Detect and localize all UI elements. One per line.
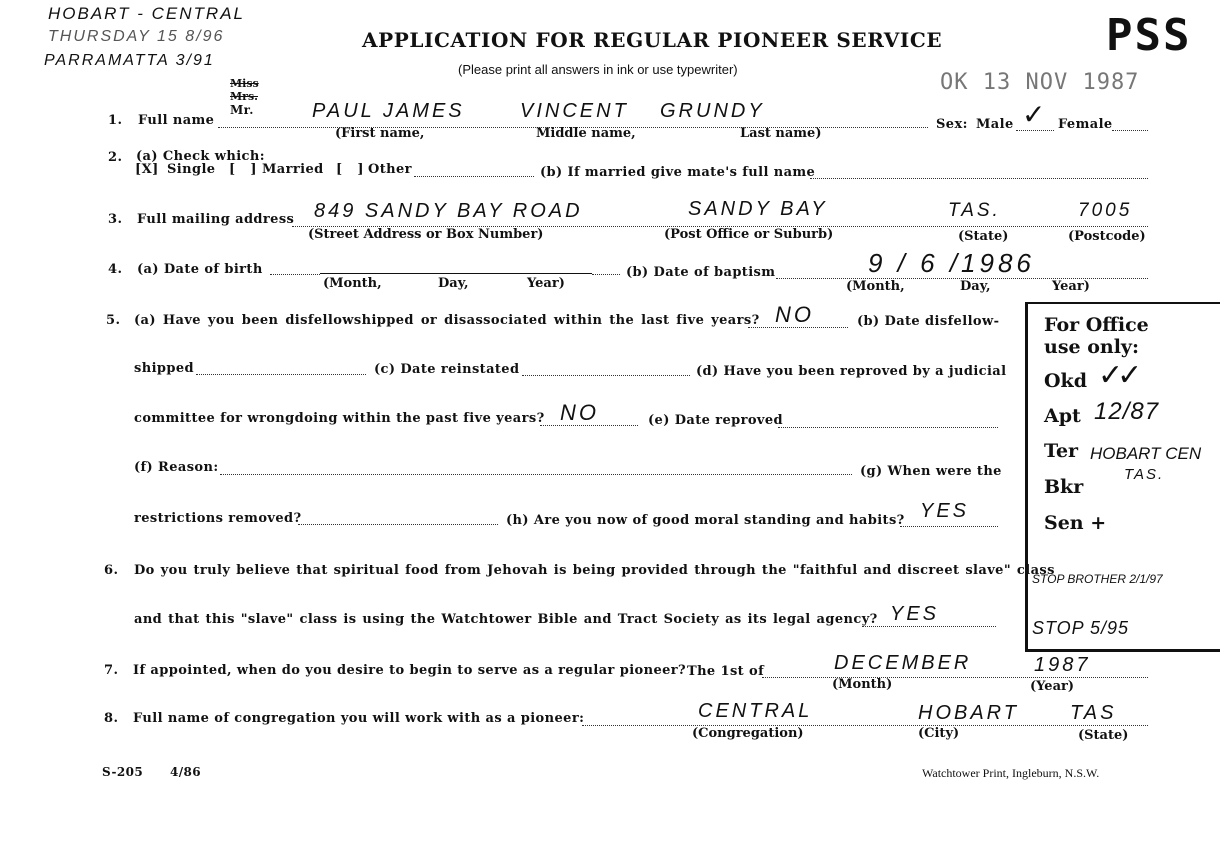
street-value[interactable]: 849 SANDY BAY ROAD	[314, 200, 583, 223]
q5-e-text: (e) Date reproved	[648, 413, 783, 428]
annotation-line-3: PARRAMATTA 3/91	[44, 52, 215, 70]
q7-first-of: The 1st of	[687, 664, 764, 679]
male-checkmark[interactable]: ✓	[1022, 98, 1048, 131]
single-label: Single	[167, 162, 215, 177]
form-date: 4/86	[170, 765, 201, 779]
hint-postcode: (Postcode)	[1068, 229, 1146, 244]
hint-first-name: (First name,	[335, 126, 424, 141]
annotation-line-2: THURSDAY 15 8/96	[48, 28, 224, 46]
hint-baptism-year: Year)	[1052, 279, 1090, 294]
q5-f-text: (f) Reason:	[134, 460, 219, 475]
apt-value: 12/87	[1094, 398, 1159, 426]
hint-street: (Street Address or Box Number)	[308, 227, 543, 242]
form-code: S-205	[102, 765, 143, 779]
pss-stamp: PSS	[1106, 10, 1191, 61]
hint-dob-year: Year)	[527, 276, 565, 291]
q5-d-value[interactable]: NO	[560, 400, 599, 426]
hint-start-month: (Month)	[832, 677, 892, 692]
start-year-value[interactable]: 1987	[1034, 654, 1091, 677]
annotation-line-1: HOBART - CENTRAL	[48, 4, 245, 24]
title-miss: Miss	[230, 78, 259, 89]
okd-checkmark: ✓✓	[1098, 358, 1136, 393]
hint-start-year: (Year)	[1030, 679, 1074, 694]
q8-label: Full name of congregation you will work …	[133, 711, 584, 726]
title-mrs: Mrs.	[230, 91, 258, 102]
last-name-value[interactable]: GRUNDY	[660, 100, 765, 123]
okd-label: Okd	[1044, 370, 1087, 392]
q7-number: 7.	[104, 663, 118, 678]
date-disfellowshipped-field[interactable]	[196, 374, 366, 375]
received-date-stamp: OK 13 NOV 1987	[940, 70, 1139, 95]
hint-suburb: (Post Office or Suburb)	[664, 227, 833, 242]
date-reproved-field[interactable]	[778, 427, 998, 428]
q3-label: Full mailing address	[137, 212, 294, 227]
single-check-mark: X	[142, 162, 153, 177]
date-reinstated-field[interactable]	[522, 375, 690, 376]
q1-label: Full name	[138, 113, 214, 128]
q5-number: 5.	[106, 313, 120, 328]
hint-middle-name: Middle name,	[536, 126, 636, 141]
page-title: APPLICATION FOR REGULAR PIONEER SERVICE	[362, 28, 942, 52]
suburb-value[interactable]: SANDY BAY	[688, 198, 828, 221]
printer-credit: Watchtower Print, Ingleburn, N.S.W.	[922, 766, 1099, 781]
q5-b-text: (b) Date disfellow-	[857, 314, 999, 329]
q6-line-2: and that this "slave" class is using the…	[134, 612, 878, 627]
q4-label-a: (a) Date of birth	[137, 262, 263, 277]
q2-label-b: (b) If married give mate's full name	[540, 165, 815, 180]
mate-name-field[interactable]	[810, 178, 1148, 179]
q5-h-text: (h) Are you now of good moral standing a…	[506, 513, 905, 528]
hint-last-name: Last name)	[740, 126, 821, 141]
q5-a-value[interactable]: NO	[775, 302, 814, 328]
sex-label: Sex:	[936, 117, 968, 132]
married-label: Married	[262, 162, 324, 177]
q5-c-text: (c) Date reinstated	[374, 362, 519, 377]
dob-lead-dots	[270, 274, 320, 275]
hint-city: (City)	[918, 726, 959, 741]
single-checkbox[interactable]: [X]	[135, 162, 159, 177]
q5-h-value[interactable]: YES	[920, 500, 969, 523]
q5-g-text: (g) When were the	[860, 464, 1002, 479]
q5-a-text: (a) Have you been disfellowshipped or di…	[134, 313, 760, 328]
q5-b-cont: shipped	[134, 361, 194, 376]
other-checkbox[interactable]: [ ]	[336, 162, 364, 177]
office-heading-2: use only:	[1044, 336, 1139, 358]
other-field[interactable]	[414, 176, 534, 177]
first-name-value[interactable]: PAUL JAMES	[312, 100, 465, 123]
ter-value-2: TAS.	[1124, 466, 1164, 483]
dob-field[interactable]	[320, 273, 592, 274]
hint-dob-day: Day,	[438, 276, 469, 291]
apt-label: Apt	[1044, 405, 1081, 427]
office-note-1: STOP BROTHER 2/1/97	[1032, 572, 1163, 586]
instruction-text: (Please print all answers in ink or use …	[458, 62, 738, 77]
q5-d-cont: committee for wrongdoing within the past…	[134, 411, 545, 426]
hint-baptism-month: (Month,	[846, 279, 905, 294]
restrictions-removed-field[interactable]	[298, 524, 498, 525]
state-value[interactable]: TAS.	[948, 200, 1001, 222]
q2-number: 2.	[108, 150, 122, 165]
q6-value[interactable]: YES	[890, 603, 939, 626]
other-label: Other	[368, 162, 412, 177]
male-label: Male	[976, 117, 1014, 132]
q8-number: 8.	[104, 711, 118, 726]
hint-state: (State)	[958, 229, 1008, 244]
q6-field	[862, 626, 996, 627]
hint-congregation-state: (State)	[1078, 728, 1128, 743]
q5-d-text: (d) Have you been reproved by a judicial	[696, 364, 1006, 379]
q6-line-1: Do you truly believe that spiritual food…	[134, 563, 1055, 578]
q4-label-b: (b) Date of baptism	[626, 265, 775, 280]
q6-number: 6.	[104, 563, 118, 578]
reason-field[interactable]	[220, 474, 852, 475]
start-date-line	[762, 677, 1148, 678]
office-heading-1: For Office	[1044, 314, 1149, 336]
female-field[interactable]	[1112, 130, 1148, 131]
start-month-value[interactable]: DECEMBER	[834, 652, 971, 675]
postcode-value[interactable]: 7005	[1078, 200, 1132, 222]
sen-label: Sen +	[1044, 512, 1106, 534]
q5-h-field	[900, 526, 998, 527]
ter-label: Ter	[1044, 440, 1078, 462]
middle-name-value[interactable]: VINCENT	[520, 100, 629, 123]
q3-number: 3.	[108, 212, 122, 227]
hint-dob-month: (Month,	[323, 276, 382, 291]
city-value[interactable]: HOBART	[918, 702, 1019, 725]
title-mr: Mr.	[230, 103, 254, 117]
dob-trail-dots	[592, 274, 620, 275]
bkr-label: Bkr	[1044, 476, 1083, 498]
q1-number: 1.	[108, 113, 122, 128]
congregation-state-value[interactable]: TAS	[1070, 702, 1116, 725]
hint-baptism-day: Day,	[960, 279, 991, 294]
q7-label: If appointed, when do you desire to begi…	[133, 663, 686, 678]
q4-number: 4.	[108, 262, 122, 277]
hint-congregation: (Congregation)	[692, 726, 804, 741]
q5-g-cont: restrictions removed?	[134, 511, 302, 526]
office-note-2: STOP 5/95	[1032, 618, 1129, 639]
married-checkbox[interactable]: [ ]	[229, 162, 257, 177]
congregation-line	[582, 725, 1148, 726]
baptism-date-value[interactable]: 9 / 6 /1986	[868, 248, 1035, 279]
congregation-value[interactable]: CENTRAL	[698, 700, 812, 723]
female-label: Female	[1058, 117, 1113, 132]
ter-value-1: HOBART CEN	[1090, 444, 1201, 464]
